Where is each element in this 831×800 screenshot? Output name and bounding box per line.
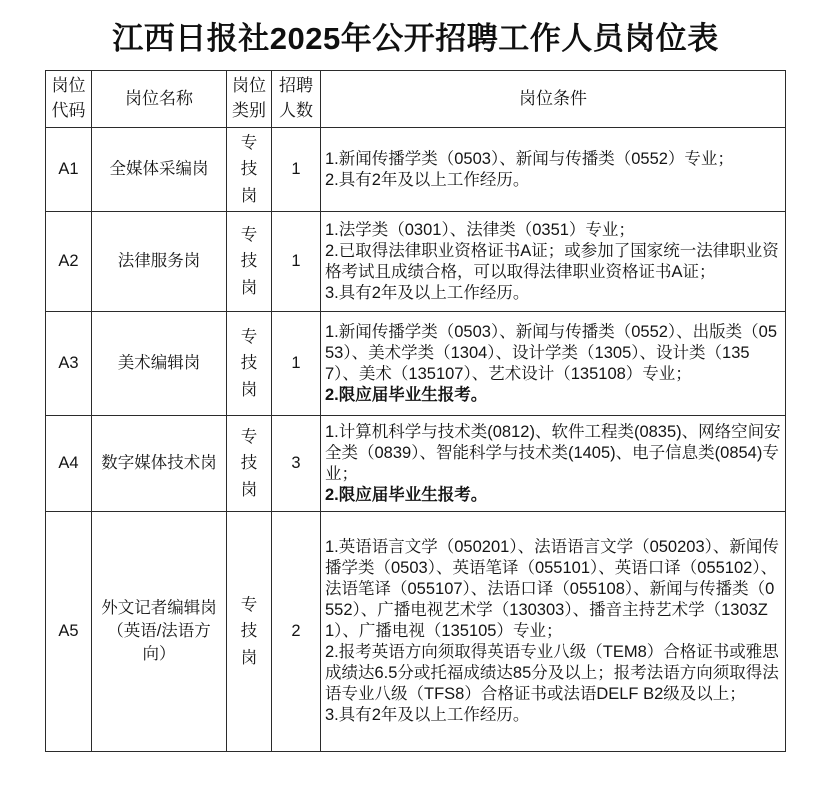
position-name-cell: 数字媒体技术岗	[92, 416, 227, 512]
position-code-cell: A1	[46, 128, 92, 212]
position-code-cell: A4	[46, 416, 92, 512]
position-name-cell: 外文记者编辑岗（英语/法语方向）	[92, 512, 227, 752]
category-cell: 专技岗	[227, 416, 272, 512]
headcount-cell: 3	[272, 416, 321, 512]
condition-line: 1.新闻传播学类（0503）、新闻与传播类（0552）专业；	[325, 149, 781, 170]
headcount-cell: 1	[272, 128, 321, 212]
category-vertical-text: 专技岗	[240, 130, 259, 209]
category-vertical-text: 专技岗	[240, 592, 259, 671]
headcount-cell: 1	[272, 312, 321, 416]
condition-line: 2.报考英语方向须取得英语专业八级（TEM8）合格证书或雅思成绩达6.5分或托福…	[325, 642, 781, 705]
position-name-cell: 全媒体采编岗	[92, 128, 227, 212]
position-code-cell: A3	[46, 312, 92, 416]
document-page: 江西日报社2025年公开招聘工作人员岗位表 岗位代码 岗位名称 岗位类别 招聘人…	[0, 0, 831, 800]
page-title: 江西日报社2025年公开招聘工作人员岗位表	[0, 13, 831, 58]
category-cell: 专技岗	[227, 312, 272, 416]
conditions-cell: 1.新闻传播学类（0503）、新闻与传播类（0552）专业； 2.具有2年及以上…	[321, 128, 786, 212]
position-name-cell: 美术编辑岗	[92, 312, 227, 416]
conditions-cell: 1.新闻传播学类（0503）、新闻与传播类（0552）、出版类（0553）、美术…	[321, 312, 786, 416]
position-code-cell: A2	[46, 212, 92, 312]
condition-line: 2.已取得法律职业资格证书A证；或参加了国家统一法律职业资格考试且成绩合格，可以…	[325, 241, 781, 283]
table-row: A2 法律服务岗 专技岗 1 1.法学类（0301）、法律类（0351）专业； …	[46, 212, 786, 312]
table-row: A3 美术编辑岗 专技岗 1 1.新闻传播学类（0503）、新闻与传播类（055…	[46, 312, 786, 416]
table-row: A1 全媒体采编岗 专技岗 1 1.新闻传播学类（0503）、新闻与传播类（05…	[46, 128, 786, 212]
condition-line: 3.具有2年及以上工作经历。	[325, 283, 781, 304]
category-cell: 专技岗	[227, 128, 272, 212]
position-name-cell: 法律服务岗	[92, 212, 227, 312]
category-cell: 专技岗	[227, 512, 272, 752]
category-cell: 专技岗	[227, 212, 272, 312]
category-vertical-text: 专技岗	[240, 222, 259, 301]
headcount-cell: 2	[272, 512, 321, 752]
condition-line: 1.法学类（0301）、法律类（0351）专业；	[325, 220, 781, 241]
condition-line: 2.限应届毕业生报考。	[325, 485, 781, 506]
header-headcount: 招聘人数	[272, 71, 321, 128]
category-vertical-text: 专技岗	[240, 424, 259, 503]
job-positions-table: 岗位代码 岗位名称 岗位类别 招聘人数 岗位条件 A1 全媒体采编岗 专技岗 1…	[45, 70, 786, 752]
headcount-cell: 1	[272, 212, 321, 312]
conditions-cell: 1.英语语言文学（050201）、法语语言文学（050203）、新闻传播学类（0…	[321, 512, 786, 752]
condition-line: 2.具有2年及以上工作经历。	[325, 170, 781, 191]
category-vertical-text: 专技岗	[240, 324, 259, 403]
position-code-cell: A5	[46, 512, 92, 752]
conditions-cell: 1.法学类（0301）、法律类（0351）专业； 2.已取得法律职业资格证书A证…	[321, 212, 786, 312]
header-position-name: 岗位名称	[92, 71, 227, 128]
header-row: 岗位代码 岗位名称 岗位类别 招聘人数 岗位条件	[46, 71, 786, 128]
condition-line: 1.英语语言文学（050201）、法语语言文学（050203）、新闻传播学类（0…	[325, 537, 781, 642]
header-position-code: 岗位代码	[46, 71, 92, 128]
condition-line: 3.具有2年及以上工作经历。	[325, 705, 781, 726]
table-row: A4 数字媒体技术岗 专技岗 3 1.计算机科学与技术类(0812)、软件工程类…	[46, 416, 786, 512]
header-position-category: 岗位类别	[227, 71, 272, 128]
condition-line: 1.新闻传播学类（0503）、新闻与传播类（0552）、出版类（0553）、美术…	[325, 322, 781, 385]
conditions-cell: 1.计算机科学与技术类(0812)、软件工程类(0835)、网络空间安全类（08…	[321, 416, 786, 512]
condition-line: 2.限应届毕业生报考。	[325, 385, 781, 406]
condition-line: 1.计算机科学与技术类(0812)、软件工程类(0835)、网络空间安全类（08…	[325, 422, 781, 485]
header-conditions: 岗位条件	[321, 71, 786, 128]
table-row: A5 外文记者编辑岗（英语/法语方向） 专技岗 2 1.英语语言文学（05020…	[46, 512, 786, 752]
